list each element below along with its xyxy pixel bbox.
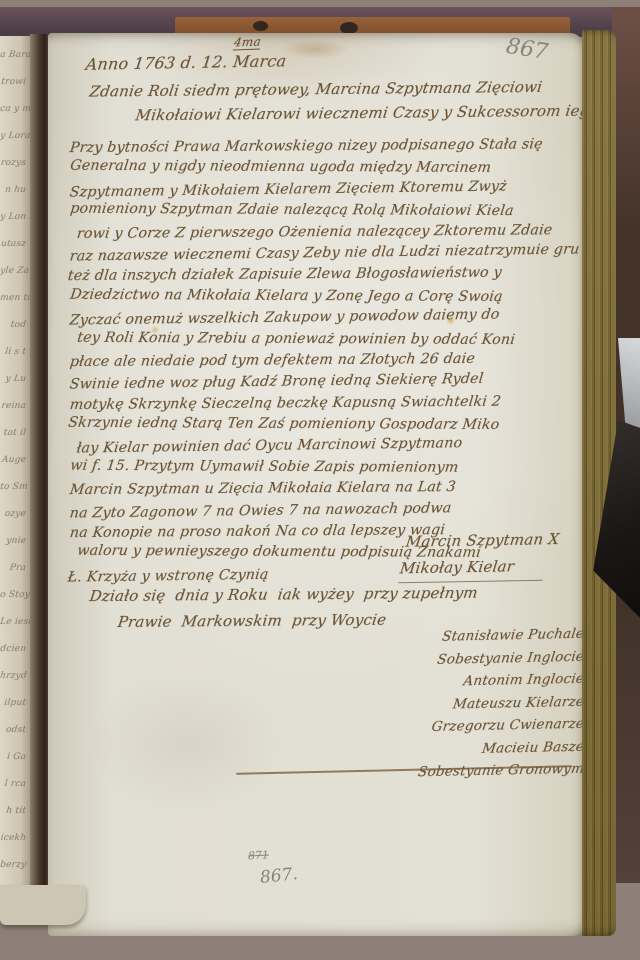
margin-fragment: ozye [0,501,30,528]
spine-damage-spot [253,21,268,31]
closing-line: Działo się dnia y Roku iak wyżey przy zu… [88,579,562,609]
entry-body: Przy bytności Prawa Markowskiego nizey p… [70,136,578,585]
margin-fragment: dcien [0,636,30,663]
margin-fragment: Le iest [0,609,30,636]
margin-fragment: l rca [0,771,30,798]
signature-line: Marcin Szpytman X [404,525,598,555]
margin-fragment: a Bara [0,42,30,69]
paper-discoloration [88,673,288,813]
margin-fragment: i Ga [0,744,30,771]
facing-page-text-fragments: a Baratrowica y my Lorarozysn huy Lon Su… [0,36,30,906]
margin-fragment: trowi [0,69,30,96]
margin-fragment: rozys [0,150,30,177]
ink-stain [280,39,350,59]
manuscript-page: 4ma Anno 1763 d. 12. Marca 867 Zdanie Ro… [48,33,584,936]
bottom-page-number: 867. [259,864,299,888]
margin-fragment: hrzyd [0,663,30,690]
margin-fragment: ynie [0,528,30,555]
binding-gutter-shadow [30,34,50,912]
margin-fragment: tat il [0,420,30,447]
margin-fragment: Auge [0,447,30,474]
witness-list: Stanisławie Puchale XSobestyanie Ingloci… [348,625,602,783]
margin-fragment: li s t [0,339,30,366]
margin-fragment: y Lu [0,366,30,393]
body-line: pomieniony Szpytman Zdaie nalezącą Rolą … [69,199,579,223]
title-line: Mikołaiowi Kielarowi wiecznemi Czasy y S… [134,99,572,128]
margin-fragment: ilput [0,690,30,717]
margin-fragment: ca y m [0,96,30,123]
page-corner-curl [0,885,86,925]
margin-fragment: tod [0,312,30,339]
manuscript-photo: a Baratrowica y my Lorarozysn huy Lon Su… [0,0,640,960]
margin-fragment: h tit [0,798,30,825]
entry-title: Zdanie Roli siedm prętowey, Marcina Szpy… [90,77,570,125]
margin-fragment: y Lon S [0,204,30,231]
margin-fragment: o Stoy [0,582,30,609]
margin-fragment: n hu [0,177,30,204]
page-number-pencil: 867 [504,34,549,65]
margin-fragment: to Sm [0,474,30,501]
margin-fragment: icekh [0,825,30,852]
facing-page-edge: a Baratrowica y my Lorarozysn huy Lon Su… [0,36,30,908]
margin-fragment: reina [0,393,30,420]
body-line: też dla inszych działek Zapisuie Zlewa B… [67,262,580,287]
margin-fragment: yle Za [0,258,30,285]
margin-fragment: odst [0,717,30,744]
date-line: Anno 1763 d. 12. Marca [85,51,288,73]
struck-page-number: 871 [248,848,270,862]
margin-fragment: Pra [0,555,30,582]
margin-fragment: y Lora [0,123,30,150]
superscript-note: 4ma [233,35,262,51]
margin-fragment: men tu [0,285,30,312]
margin-fragment: berzy [0,852,30,879]
signature-block: Marcin Szpytman XMikołay Kielar [406,527,596,582]
margin-fragment: utasz [0,231,30,258]
